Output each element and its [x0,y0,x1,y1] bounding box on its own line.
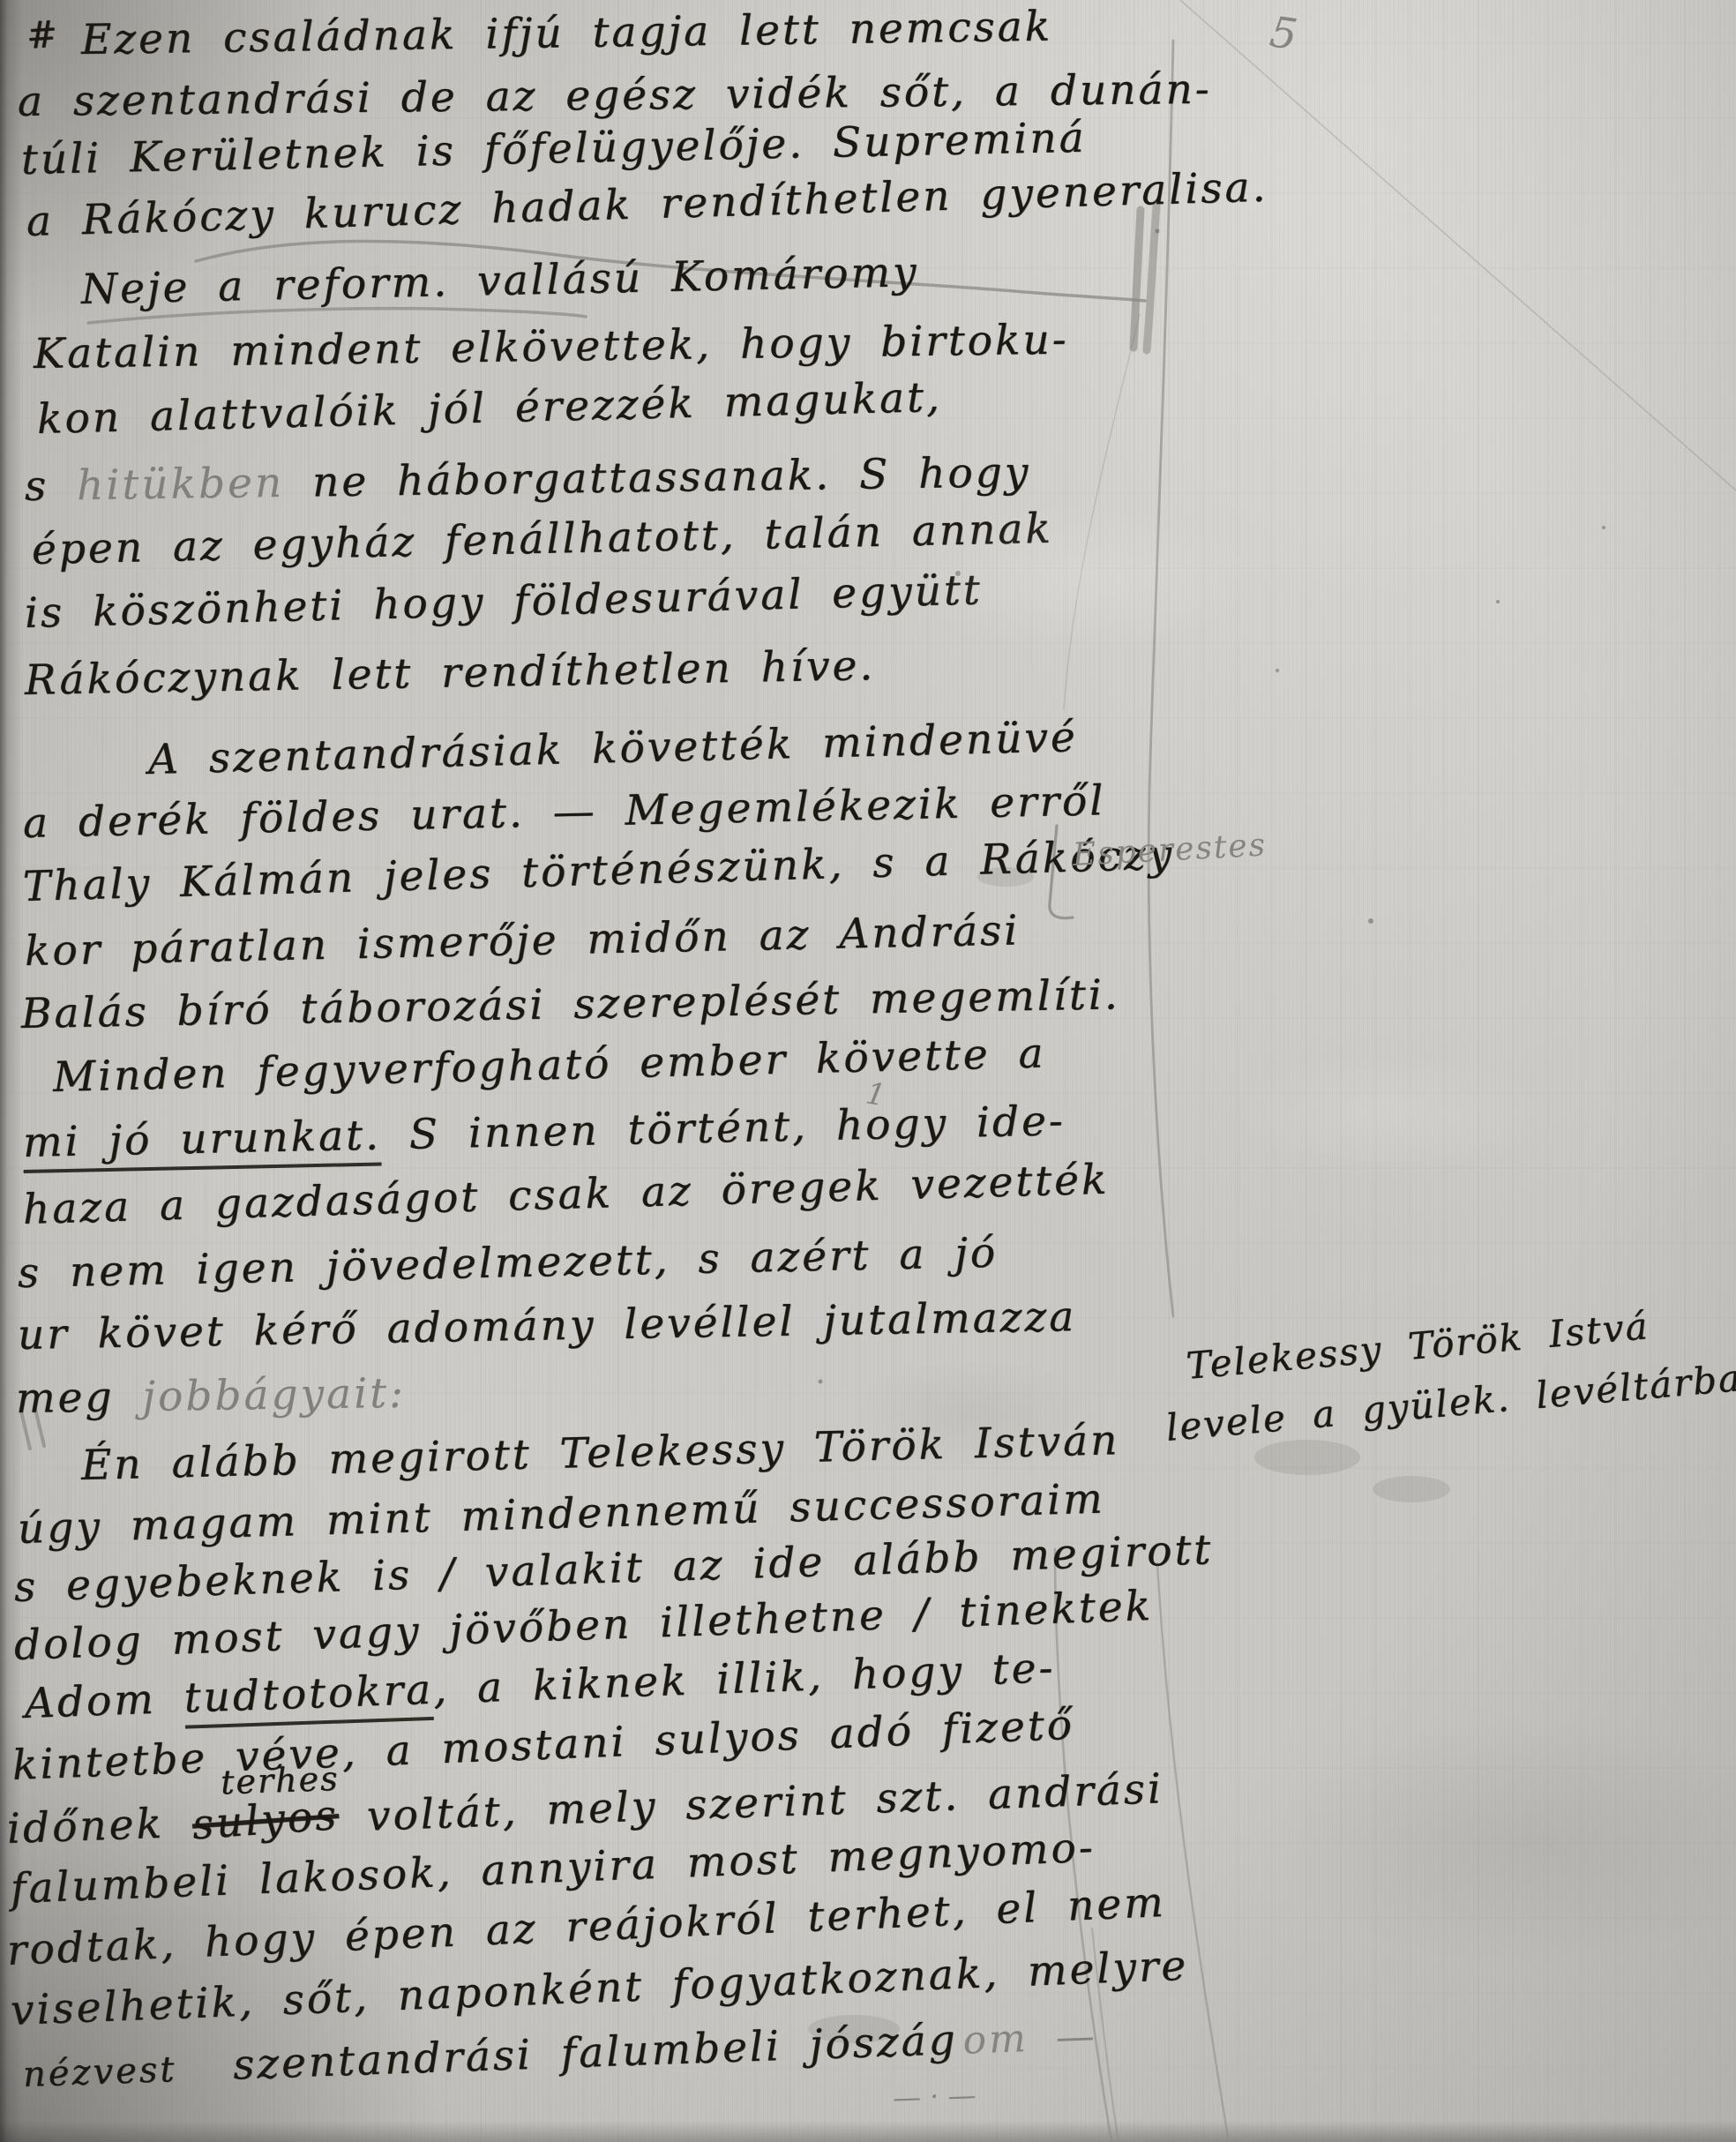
manuscript-line: épen az egyház fenállhatott, talán annak [32,508,1054,571]
manuscript-line: s nem igen jövedelmezett, s azért a jó [18,1232,999,1294]
pencil-suffix: om — [962,2013,1098,2063]
page-number: 5 [1268,11,1300,56]
pencil-faded-word: jobbágyait: [142,1369,406,1421]
ink-underlined-word: tudtotokra [183,1666,435,1729]
inserted-word: nézvest [22,2049,177,2095]
manuscript-line: túli Kerületnek is főfelügyelője. Suprem… [21,117,1088,181]
bottom-pencil-dashes: — · — [892,2081,976,2112]
inserted-word-above: terhes [221,1762,340,1800]
crease-diagonal [1180,0,1736,491]
manuscript-line: meg jobbágyait: [16,1373,407,1419]
ink-underlined-phrase: mi jó urunkat. [22,1112,381,1173]
insertion-hash-mark: # [26,15,62,55]
manuscript-line: A szentandrásiak követték mindenüvé [147,716,1078,781]
pencil-double-stroke-2 [1147,206,1156,350]
manuscript-line: Ezen családnak ifjú tagja lett nemcsak [81,6,1053,61]
manuscript-line: a derék földes urat. — Megemlékezik errő… [23,780,1106,844]
manuscript-line: Balás bíró táborozási szereplését megeml… [21,974,1121,1035]
manuscript-line: Én alább megirott Telekessy Török István [80,1419,1119,1487]
pencil-vertical-line [1149,41,1173,1316]
manuscript-line: kon alattvalóik jól érezzék magukat, [36,377,942,440]
manuscript-line: kor páratlan ismerője midőn az Andrási [25,910,1021,972]
margin-note-esperes: Esperestes [1072,829,1268,871]
pencil-double-stroke-1 [1134,210,1141,348]
pencil-faded-word: hitükben [77,459,285,510]
manuscript-line: Rákóczynak lett rendíthetlen híve. [25,645,876,701]
manuscript-line: Katalin mindent elkövettek, hogy birtoku… [34,319,1069,375]
pencil-line-lower-b [1157,1563,1228,2137]
struck-word: sulyos [191,1794,340,1846]
manuscript-line: ur követ kérő adomány levéllel jutalmazz… [18,1296,1077,1356]
manuscript-line: Minden fegyverfogható ember követte a [52,1033,1046,1098]
manuscript-line: s hitükben ne háborgattassanak. S hogy [25,452,1031,507]
correction-group: sulyosterhes [191,1797,340,1844]
manuscript-line: is köszönheti hogy földesurával együtt [24,569,983,634]
manuscript-line: Neje a reform. vallású Komáromy [81,251,920,311]
manuscript-line: Thaly Kálmán jeles történészünk, s a Rák… [22,835,1174,908]
manuscript-page: # 5 Ezen családnak ifjú tagja lett nemcs… [0,0,1736,2142]
manuscript-line: mi jó urunkat. S innen történt, hogy ide… [23,1100,1066,1164]
crease-curved [1064,314,1140,709]
